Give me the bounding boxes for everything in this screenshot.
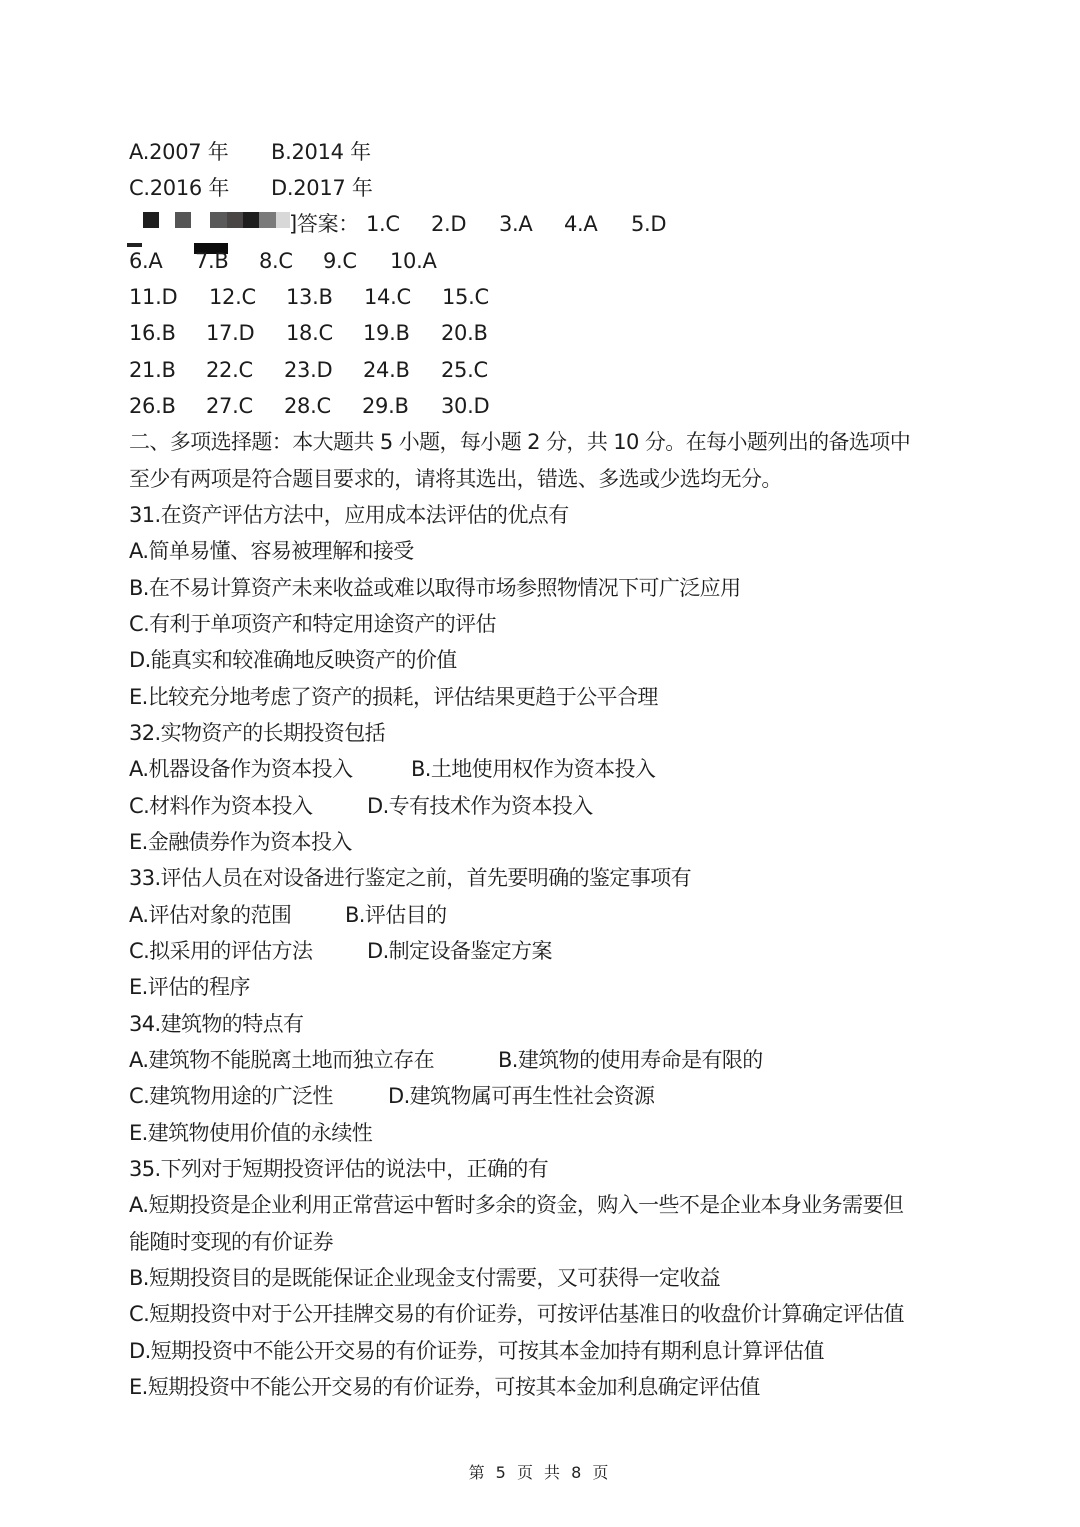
q32-option-b: B.土地使用权作为资本投入 bbox=[411, 755, 655, 783]
option-c: C.2016 年 bbox=[129, 174, 229, 202]
answer-item: 13.B bbox=[286, 283, 333, 311]
answer-item: 8.C bbox=[259, 247, 293, 275]
q33-option-b: B.评估目的 bbox=[345, 901, 446, 929]
answer-item: 29.B bbox=[362, 392, 409, 420]
q32-option-a: A.机器设备作为资本投入 bbox=[129, 755, 352, 783]
answer-item: 23.D bbox=[284, 356, 332, 384]
answer-item: 2.D bbox=[431, 210, 466, 238]
answer-item: 5.D bbox=[631, 210, 666, 238]
answer-item: 6.A bbox=[129, 247, 163, 275]
q33-option-e: E.评估的程序 bbox=[129, 973, 250, 1001]
page-number: 第 5 页 共 8 页 bbox=[0, 1460, 1080, 1483]
q31-option-b: B.在不易计算资产未来收益或难以取得市场参照物情况下可广泛应用 bbox=[129, 574, 740, 602]
q33-option-c: C.拟采用的评估方法 bbox=[129, 937, 312, 965]
q34-option-a: A.建筑物不能脱离土地而独立存在 bbox=[129, 1046, 434, 1074]
question-34-stem: 34.建筑物的特点有 bbox=[129, 1010, 303, 1038]
option-d: D.2017 年 bbox=[271, 174, 373, 202]
answer-item: 27.C bbox=[206, 392, 253, 420]
section-heading-line-2: 至少有两项是符合题目要求的，请将其选出，错选、多选或少选均无分。 bbox=[129, 465, 782, 493]
answer-item: 4.A bbox=[564, 210, 598, 238]
q35-option-e: E.短期投资中不能公开交易的有价证券，可按其本金加利息确定评估值 bbox=[129, 1373, 760, 1401]
q33-option-a: A.评估对象的范围 bbox=[129, 901, 291, 929]
answer-item: 20.B bbox=[441, 319, 488, 347]
answer-item: 17.D bbox=[206, 319, 254, 347]
q31-option-e: E.比较充分地考虑了资产的损耗，评估结果更趋于公平合理 bbox=[129, 683, 658, 711]
q34-option-c: C.建筑物用途的广泛性 bbox=[129, 1082, 333, 1110]
q35-option-d: D.短期投资中不能公开交易的有价证券，可按其本金加持有期利息计算评估值 bbox=[129, 1337, 824, 1365]
answer-item: 28.C bbox=[284, 392, 331, 420]
answers-label: ]答案： bbox=[289, 210, 359, 238]
answer-item: 30.D bbox=[441, 392, 489, 420]
q32-option-e: E.金融债券作为资本投入 bbox=[129, 828, 352, 856]
q34-option-b: B.建筑物的使用寿命是有限的 bbox=[498, 1046, 763, 1074]
answer-item: 1.C bbox=[366, 210, 400, 238]
option-a: A.2007 年 bbox=[129, 138, 228, 166]
q32-option-d: D.专有技术作为资本投入 bbox=[367, 792, 593, 820]
section-heading-line-1: 二、多项选择题：本大题共 5 小题，每小题 2 分，共 10 分。在每小题列出的… bbox=[129, 428, 910, 456]
q31-option-d: D.能真实和较准确地反映资产的价值 bbox=[129, 646, 457, 674]
answer-item: 14.C bbox=[364, 283, 411, 311]
answer-item: 15.C bbox=[442, 283, 489, 311]
q34-option-d: D.建筑物属可再生性社会资源 bbox=[388, 1082, 654, 1110]
answer-item: 25.C bbox=[441, 356, 488, 384]
q35-option-a: A.短期投资是企业利用正常营运中暂时多余的资金，购入一些不是企业本身业务需要但 bbox=[129, 1191, 903, 1219]
answer-item: 18.C bbox=[286, 319, 333, 347]
exam-page: A.2007 年 B.2014 年 C.2016 年 D.2017 年 ]答案：… bbox=[0, 0, 1080, 1527]
answer-item: 3.A bbox=[499, 210, 533, 238]
question-31-stem: 31.在资产评估方法中，应用成本法评估的优点有 bbox=[129, 501, 569, 529]
answer-item: 26.B bbox=[129, 392, 176, 420]
q31-option-c: C.有利于单项资产和特定用途资产的评估 bbox=[129, 610, 496, 638]
q35-option-a-cont: 能随时变现的有价证券 bbox=[129, 1228, 333, 1256]
option-b: B.2014 年 bbox=[271, 138, 371, 166]
answer-item: 21.B bbox=[129, 356, 176, 384]
answer-item: 19.B bbox=[363, 319, 410, 347]
question-32-stem: 32.实物资产的长期投资包括 bbox=[129, 719, 385, 747]
answer-item: 10.A bbox=[390, 247, 437, 275]
answer-item: 9.C bbox=[323, 247, 357, 275]
q32-option-c: C.材料作为资本投入 bbox=[129, 792, 312, 820]
q34-option-e: E.建筑物使用价值的永续性 bbox=[129, 1119, 372, 1147]
answer-item: 24.B bbox=[363, 356, 410, 384]
question-33-stem: 33.评估人员在对设备进行鉴定之前，首先要明确的鉴定事项有 bbox=[129, 864, 691, 892]
answer-item: 16.B bbox=[129, 319, 176, 347]
answer-item: 22.C bbox=[206, 356, 253, 384]
q35-option-b: B.短期投资目的是既能保证企业现金支付需要，又可获得一定收益 bbox=[129, 1264, 720, 1292]
answer-item: 11.D bbox=[129, 283, 177, 311]
q33-option-d: D.制定设备鉴定方案 bbox=[367, 937, 552, 965]
answer-item: 12.C bbox=[209, 283, 256, 311]
question-35-stem: 35.下列对于短期投资评估的说法中，正确的有 bbox=[129, 1155, 548, 1183]
answer-item: 7.B bbox=[195, 247, 229, 275]
q35-option-c: C.短期投资中对于公开挂牌交易的有价证券，可按评估基准日的收盘价计算确定评估值 bbox=[129, 1300, 904, 1328]
q31-option-a: A.简单易懂、容易被理解和接受 bbox=[129, 537, 414, 565]
